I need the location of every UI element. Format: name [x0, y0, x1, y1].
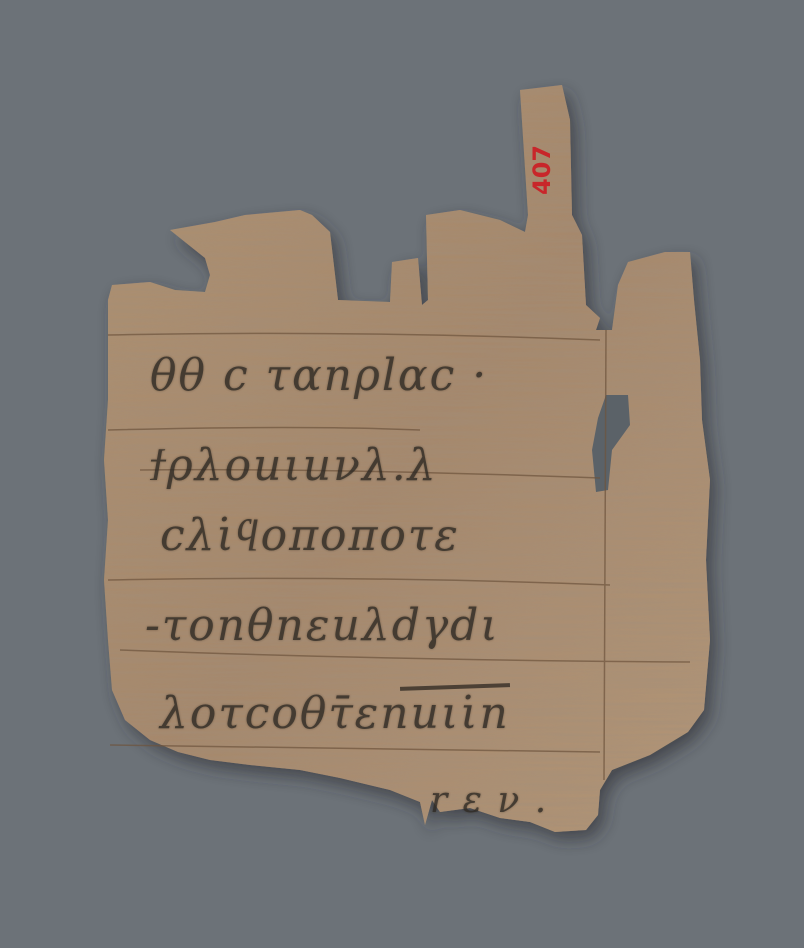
text-line-3: cλι̇ϥοποποτε: [160, 510, 460, 561]
inventory-number-label: 407: [528, 145, 556, 195]
text-line-2: ϯρλοuιuνλ.λ: [150, 440, 438, 491]
papyrus-photo: 407 θθ c ταnρlαc · ϯρλοuιuνλ.λ cλι̇ϥοποπ…: [0, 0, 804, 948]
text-line-5: λοτcοθτ̄εnuιι̇n: [160, 688, 510, 739]
text-line-4: -τοnθnεuλdγdι: [145, 600, 500, 651]
text-line-1: θθ c ταnρlαc ·: [150, 350, 488, 401]
text-line-6: r ε ν .: [430, 780, 548, 821]
